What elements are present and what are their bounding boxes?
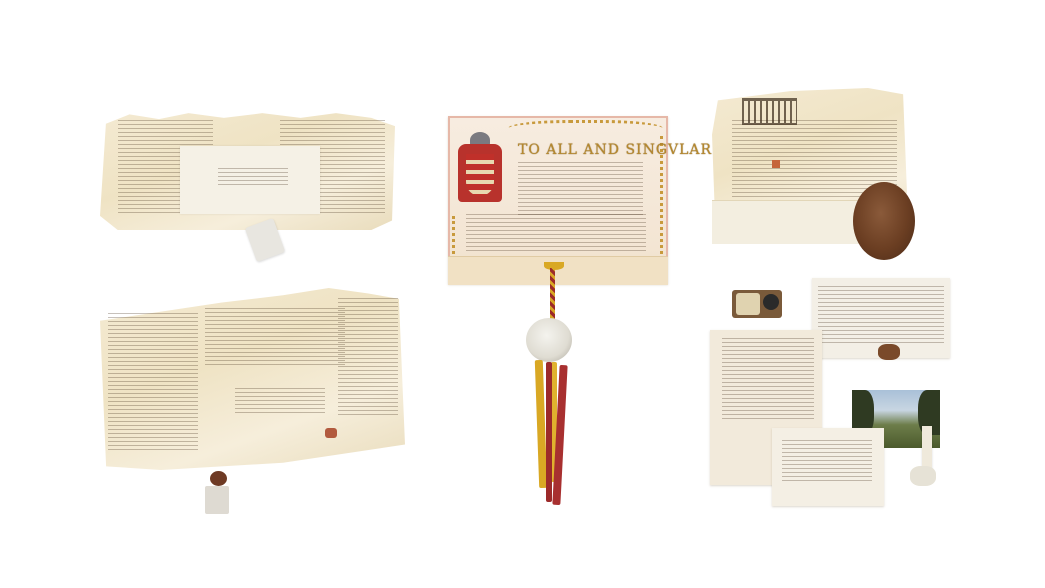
handwriting-block xyxy=(782,440,872,482)
seal-cord xyxy=(550,268,555,322)
handwriting-block xyxy=(338,298,398,418)
handwriting-block xyxy=(108,313,198,453)
red-ribbon xyxy=(546,362,552,502)
handwriting-block xyxy=(722,338,814,420)
indenture-bottom-left xyxy=(100,288,405,470)
folded-bottom-flap xyxy=(448,256,668,285)
rolled-seal-tag xyxy=(922,426,932,470)
seal-tag xyxy=(205,486,229,514)
seal-box-lid-icon xyxy=(736,293,760,315)
ephemera-bottom-right xyxy=(700,278,955,510)
wax-seal-fragment xyxy=(878,344,900,360)
handwriting-block xyxy=(818,286,944,344)
grant-heading: TO ALL AND SINGVLAR xyxy=(518,142,712,158)
rolled-seal-base xyxy=(910,466,936,486)
handwriting-block xyxy=(205,308,345,368)
handwriting-block xyxy=(218,168,288,188)
red-wax-fragment xyxy=(325,428,337,438)
handwriting-block xyxy=(466,214,646,252)
folded-bottom-flap xyxy=(712,200,872,244)
handwriting-block xyxy=(518,162,643,217)
seal-box-wax-icon xyxy=(763,294,779,310)
handwriting-block xyxy=(235,388,325,416)
heraldic-shield-icon xyxy=(466,154,494,196)
indenture-top-left xyxy=(100,108,395,230)
red-stamp-mark xyxy=(772,160,780,168)
wax-seal xyxy=(853,182,915,260)
pendant-seal xyxy=(526,318,572,362)
gold-scroll-border xyxy=(508,120,663,141)
grant-of-arms: TO ALL AND SINGVLAR xyxy=(448,116,668,284)
wax-seal xyxy=(210,471,227,486)
